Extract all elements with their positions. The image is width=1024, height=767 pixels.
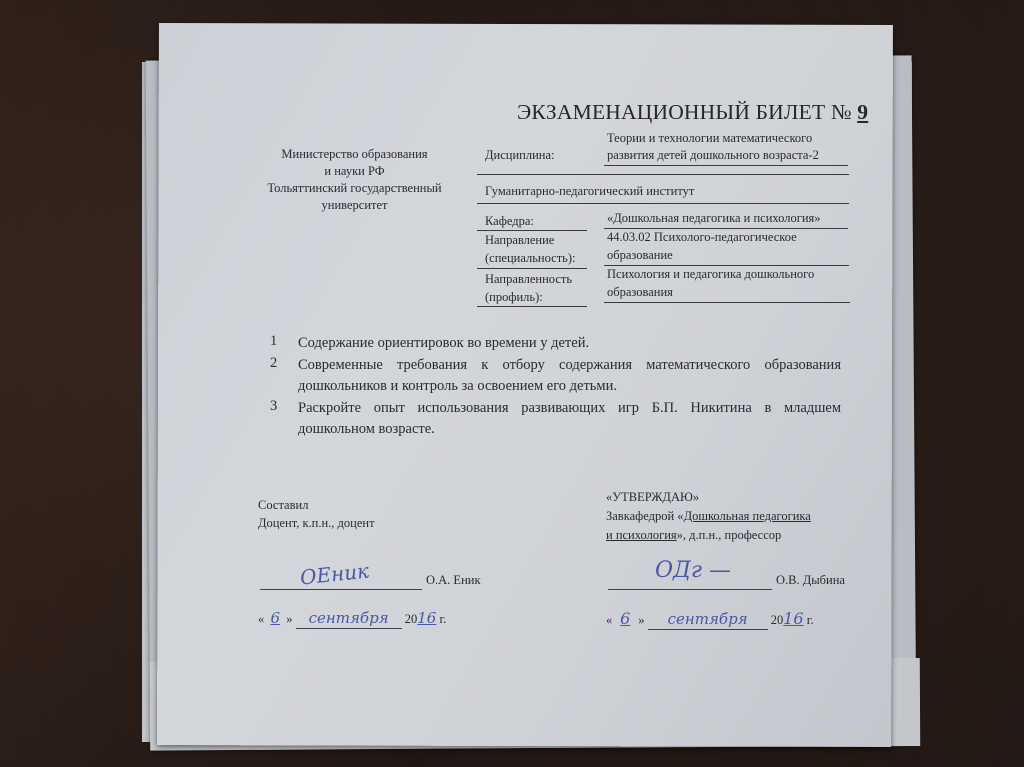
discipline-label: Дисциплина: [485, 147, 554, 164]
compiler-signature-line [260, 589, 422, 590]
department-value: «Дошкольная педагогика и психология» [607, 210, 821, 227]
question-text: Раскройте опыт использования развивающих… [298, 398, 841, 439]
approver-date-year: 16 [783, 609, 803, 628]
department-label: Кафедра: [485, 213, 534, 230]
profile-value-line1: Психология и педагогика дошкольного [607, 266, 814, 283]
approver-signature-line [608, 589, 772, 590]
ticket-number: 9 [857, 100, 868, 124]
approver-date: «6» сентября 2016 г. [606, 609, 814, 630]
year-prefix: 20 [771, 613, 784, 627]
approver-name: О.В. Дыбина [776, 571, 845, 590]
compiler-date-day: 6 [264, 609, 286, 628]
ministry-line: и науки РФ [262, 163, 447, 180]
ticket-title-text: ЭКЗАМЕНАЦИОННЫЙ БИЛЕТ № [517, 100, 852, 124]
value-rule [604, 302, 850, 303]
ministry-block: Министерство образования и науки РФ Толь… [262, 146, 447, 214]
approver-date-month: сентября [648, 610, 768, 630]
ministry-line: Министерство образования [262, 146, 447, 163]
university-line: университет [262, 197, 447, 214]
direction-value-line1: 44.03.02 Психолого-педагогическое [607, 229, 797, 246]
divider-rule [477, 174, 849, 175]
approver-date-day: 6 [612, 609, 638, 628]
profile-label-line1: Направленность [485, 271, 572, 288]
question-text: Современные требования к отбору содержан… [298, 355, 841, 396]
label-rule [477, 306, 587, 307]
approver-dept: Дошкольная педагогика [684, 509, 811, 523]
question-number: 2 [270, 355, 277, 372]
university-line: Тольяттинский государственный [262, 180, 447, 197]
label-rule [477, 230, 587, 231]
year-prefix: 20 [405, 612, 418, 626]
profile-label-line2: (профиль): [485, 289, 543, 306]
year-label: г. [439, 612, 446, 626]
compiler-date-year: 16 [417, 609, 436, 627]
question-text: Содержание ориентировок во времени у дет… [298, 333, 841, 354]
discipline-value-line2: развития детей дошкольного возраста-2 [607, 147, 819, 164]
discipline-value-line1: Теории и технологии математического [607, 130, 812, 147]
institute-name: Гуманитарно-педагогический институт [485, 183, 694, 200]
approver-position-line1: Завкафедрой «Дошкольная педагогика [606, 507, 811, 526]
divider-rule [477, 203, 849, 204]
approver-signature: ОДг — [655, 558, 731, 583]
approve-label: «УТВЕРЖДАЮ» [606, 488, 699, 507]
quote-close: » [638, 613, 644, 627]
compiler-name: О.А. Еник [426, 571, 481, 590]
compiler-date: «6» сентября 2016 г. [258, 609, 446, 629]
question-number: 1 [270, 333, 277, 350]
quote-close: » [286, 612, 292, 626]
year-label: г. [807, 613, 814, 627]
profile-value-line2: образования [607, 284, 673, 301]
compiler-label: Составил [258, 496, 308, 515]
direction-value-line2: образование [607, 247, 673, 264]
compiler-position: Доцент, к.п.н., доцент [258, 514, 375, 533]
approver-position-line2: и психология», д.п.н., профессор [606, 526, 781, 545]
question-number: 3 [270, 398, 277, 415]
discipline-value-rule [604, 165, 848, 166]
exam-ticket-document: ЭКЗАМЕНАЦИОННЫЙ БИЛЕТ № 9 Министерство о… [0, 0, 1024, 767]
direction-label-line1: Направление [485, 232, 554, 249]
compiler-signature: ОЕник [299, 558, 370, 589]
approver-degree: », д.п.н., профессор [677, 528, 782, 542]
ticket-title: ЭКЗАМЕНАЦИОННЫЙ БИЛЕТ № 9 [517, 100, 868, 125]
approver-position-prefix: Завкафедрой « [606, 509, 684, 523]
approver-dept: и психология [606, 528, 677, 542]
compiler-date-month: сентября [296, 609, 402, 629]
label-rule [477, 268, 587, 269]
direction-label-line2: (специальность): [485, 250, 576, 267]
